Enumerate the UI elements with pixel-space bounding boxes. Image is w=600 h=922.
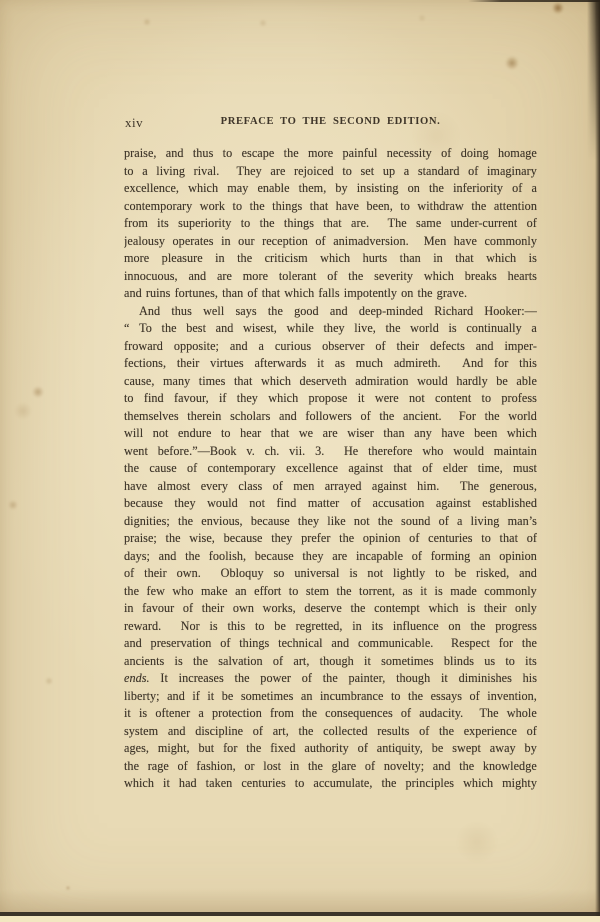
body-line: becausetheywouldnotfindmatterofaccusatio… (124, 496, 537, 514)
page-header: xiv PREFACE TO THE SECOND EDITION. (124, 115, 537, 129)
body-line: frowardopposite;andacuriousobserverofthe… (124, 339, 537, 357)
body-line: wentbefore.”—Bookv.ch.vii.3.Hethereforew… (124, 444, 537, 462)
body-line: oftheirown.Obloquysouniversalisnotlightl… (124, 566, 537, 584)
paper-stain (8, 500, 18, 510)
running-header: PREFACE TO THE SECOND EDITION. (124, 115, 537, 127)
page-bottom-shadow (0, 889, 600, 913)
body-line: and ruins fortunes, than of that which f… (124, 286, 537, 304)
body-line: itisofteneraprotectionfromtheconsequence… (124, 706, 537, 724)
body-line: thefewwhomakeanefforttostemthetorrent,as… (124, 584, 537, 602)
body-line: ends.Itincreasesthepowerofthepainter,tho… (124, 671, 537, 689)
body-line: systemanddisciplineofart,thecollectedres… (124, 724, 537, 742)
body-line: “Tothebestandwisest,whiletheylive,thewor… (124, 321, 537, 339)
body-line: ages,might,butforthefixedauthorityofanti… (124, 741, 537, 759)
paper-stain (14, 402, 32, 420)
body-line: excellence,whichmayenablethem,byinsistin… (124, 181, 537, 199)
body-line: havealmosteveryclassofmenarrayedagainsth… (124, 479, 537, 497)
body-line: fromitssuperioritytothethingsthatare.The… (124, 216, 537, 234)
body-line: willnotenduretohearthatwearewiserthanany… (124, 426, 537, 444)
body-line: therageoffashion,orlostintheglareofnovel… (124, 759, 537, 777)
body-line: contemporaryworktothethingsthathavebeen,… (124, 199, 537, 217)
body-line: Andthuswellsaysthegoodanddeep-mindedRich… (124, 304, 537, 322)
body-line: thecauseofcontemporaryexcellenceagainstt… (124, 461, 537, 479)
paper-stain (45, 677, 53, 685)
body-line: praise,andthustoescapethemorepainfulnece… (124, 146, 537, 164)
paper-stain (259, 19, 267, 27)
body-line: morepleasureinthecriticismwhichhurtsthan… (124, 251, 537, 269)
body-line: liberty;andifitbesometimesanincumbrancet… (124, 689, 537, 707)
body-line: toalivingrival.Theyarerejoicedtosetupast… (124, 164, 537, 182)
body-line: whichithadtakencenturiestoaccumulate,the… (124, 776, 537, 794)
paper-stain (143, 18, 151, 26)
paper-stain (552, 2, 564, 14)
body-line: ancientsisthesalvationofart,thoughitsome… (124, 654, 537, 672)
scan-right-edge-shadow (587, 0, 600, 160)
body-line: cause,manytimesthatwhichdeservethadmirat… (124, 374, 537, 392)
body-line: infavouroftheirownworks,deservethecontem… (124, 601, 537, 619)
scan-top-edge (468, 0, 600, 2)
paper-stain (32, 386, 44, 398)
scan-bottom-margin (0, 916, 600, 922)
page-body: praise,andthustoescapethemorepainfulnece… (124, 146, 537, 794)
paper-stain (418, 14, 426, 22)
paper-stain (505, 56, 519, 70)
body-line: jealousyoperatesinourreceptionofanimadve… (124, 234, 537, 252)
text-column: xiv PREFACE TO THE SECOND EDITION. prais… (124, 115, 537, 794)
scanned-book-page: xiv PREFACE TO THE SECOND EDITION. prais… (0, 0, 600, 922)
body-line: themselvesthereinscholarsandfollowersoft… (124, 409, 537, 427)
body-line: praise;thewise,becausetheyprefertheopini… (124, 531, 537, 549)
page-number: xiv (125, 115, 143, 131)
body-line: fections,theirvirtuesafterwardsitasmucha… (124, 356, 537, 374)
paper-stain (455, 820, 499, 864)
body-line: innocuous,andaremoretolerantoftheseverit… (124, 269, 537, 287)
body-line: reward.Noristhistoberegretted,initsinflu… (124, 619, 537, 637)
body-line: tofindfavour,iftheywhichproposeitwerenot… (124, 391, 537, 409)
body-line: andpreservationofthingstechnicalandcommu… (124, 636, 537, 654)
body-line: dignities;theenvious,becausetheylikenott… (124, 514, 537, 532)
body-line: days;andthefoolish,becausetheyareincapab… (124, 549, 537, 567)
